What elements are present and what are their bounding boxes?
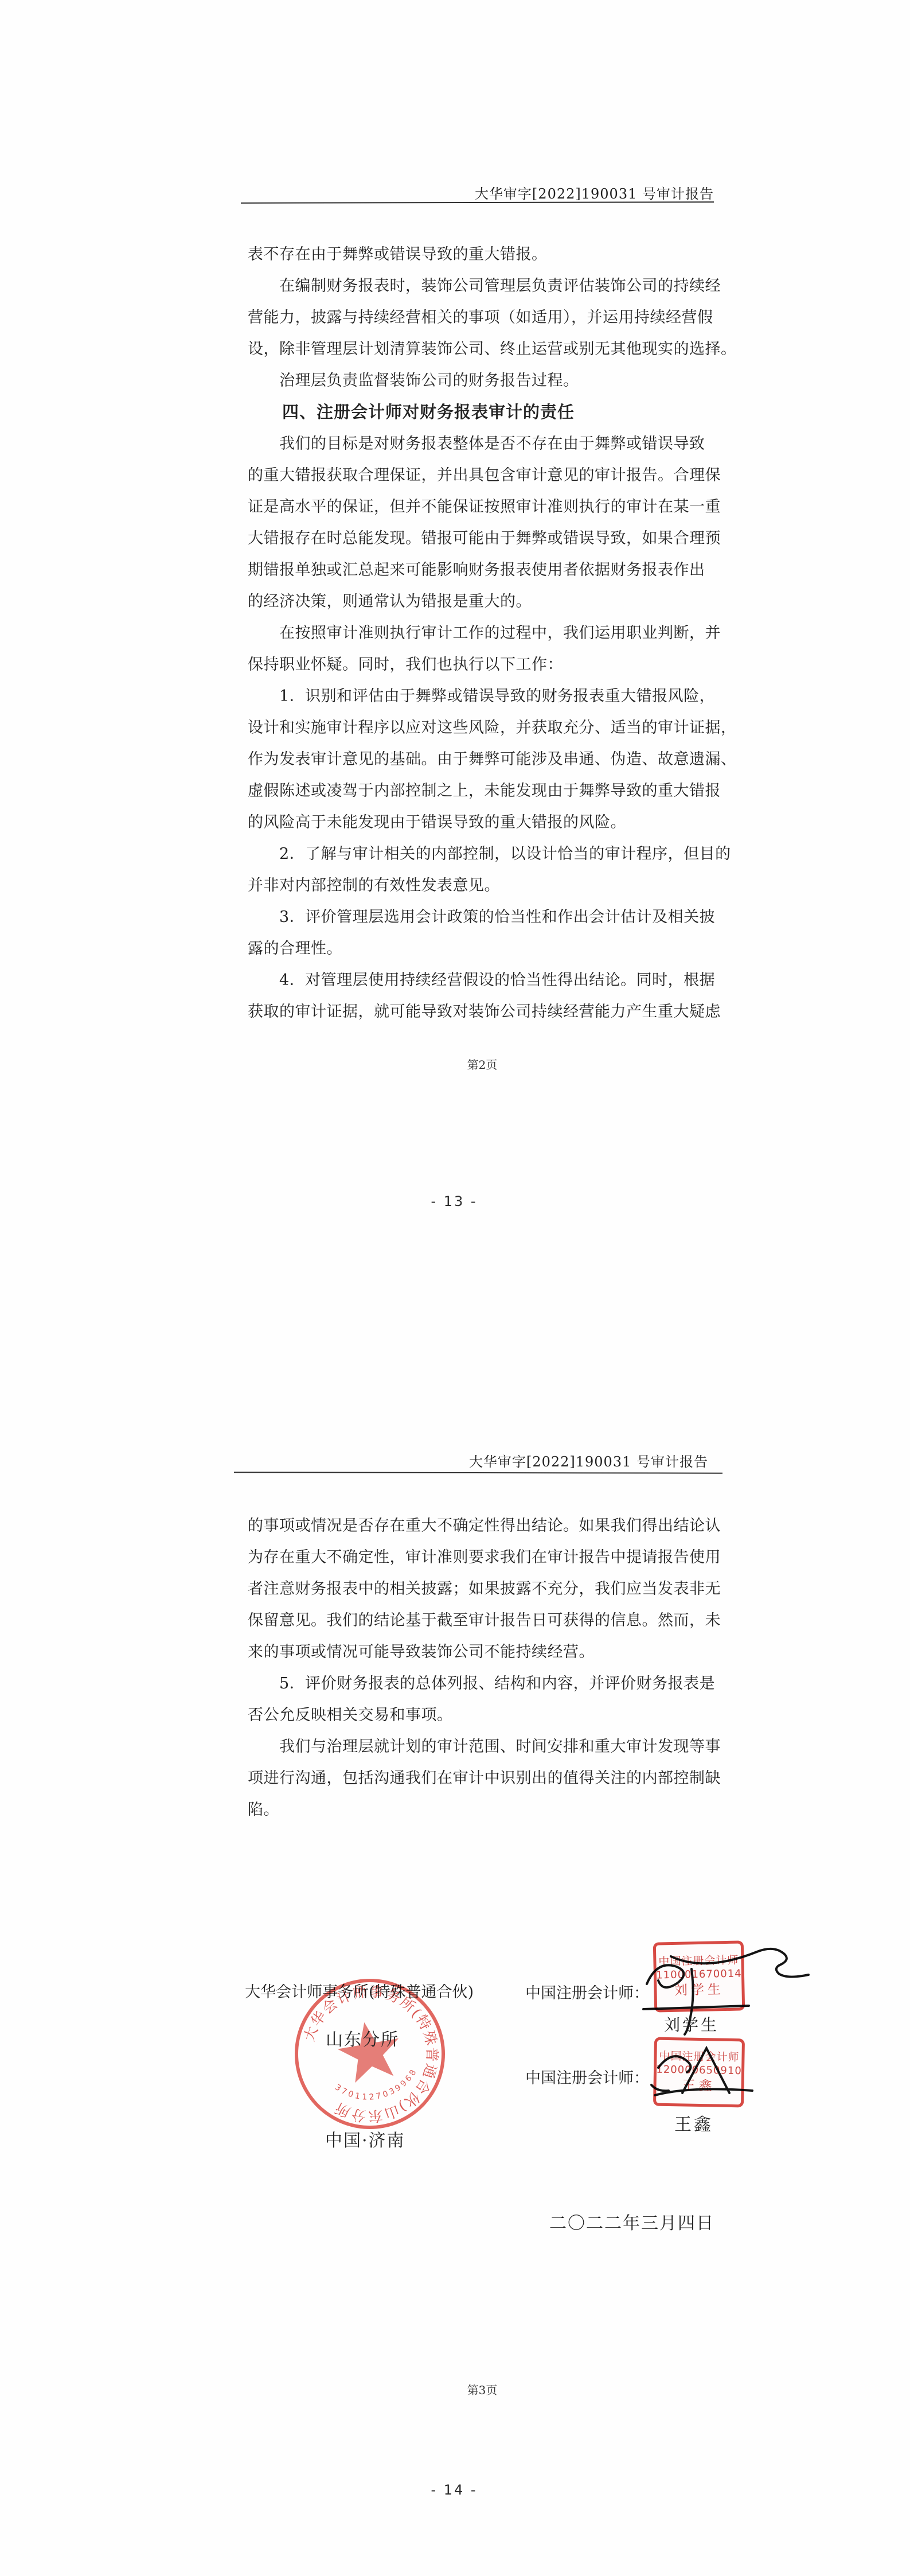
text-line: 期错报单独或汇总起来可能影响财务报表使用者依据财务报表作出 bbox=[248, 554, 724, 586]
text-line: 在按照审计准则执行审计工作的过程中，我们运用职业判断，并 bbox=[248, 617, 724, 649]
page1-header-docnumber: 大华审字[2022]190031 号审计报告 bbox=[475, 182, 714, 203]
page1-page-number: - 13 - bbox=[401, 1193, 507, 1209]
scanned-audit-report: 大华审字[2022]190031 号审计报告 表不存在由于舞弊或错误导致的重大错… bbox=[0, 0, 910, 2576]
text-line: 设计和实施审计程序以应对这些风险，并获取充分、适当的审计证据， bbox=[248, 712, 724, 744]
page2-body: 的事项或情况是否存在重大不确定性得出结论。如果我们得出结论认 为存在重大不确定性… bbox=[248, 1510, 724, 1826]
text-line: 保留意见。我们的结论基于截至审计报告日可获得的信息。然而，未 bbox=[248, 1605, 724, 1636]
text-line: 设，除非管理层计划清算装饰公司、终止运营或别无其他现实的选择。 bbox=[248, 333, 724, 365]
text-line: 营能力，披露与持续经营相关的事项（如适用），并运用持续经营假 bbox=[248, 302, 724, 333]
signature-wang-xin bbox=[642, 2036, 768, 2110]
text-line: 3．评价管理层选用会计政策的恰当性和作出会计估计及相关披 bbox=[248, 901, 724, 933]
page2-page-number: - 14 - bbox=[401, 2482, 507, 2498]
text-line: 表不存在由于舞弊或错误导致的重大错报。 bbox=[248, 239, 724, 270]
text-line: 否公允反映相关交易和事项。 bbox=[248, 1699, 724, 1731]
text-line: 治理层负责监督装饰公司的财务报告过程。 bbox=[248, 365, 724, 396]
page2-doc-footer: 第3页 bbox=[248, 2381, 717, 2398]
cpa-name-2: 王鑫 bbox=[674, 2110, 713, 2135]
cpa-label-1: 中国注册会计师： bbox=[525, 1980, 649, 2003]
text-line: 陷。 bbox=[248, 1794, 724, 1826]
firm-round-stamp: 大华会计师事务所(特殊普通合伙)山东分所 3701127039968 bbox=[277, 1961, 463, 2147]
page1-doc-footer: 第2页 bbox=[248, 1056, 717, 1072]
page1-body: 表不存在由于舞弊或错误导致的重大错报。 在编制财务报表时，装饰公司管理层负责评估… bbox=[248, 239, 724, 1028]
text-line: 1．识别和评估由于舞弊或错误导致的财务报表重大错报风险， bbox=[248, 680, 724, 712]
branch-name: 山东分所 bbox=[326, 2025, 399, 2050]
page2-header-rule bbox=[234, 1472, 722, 1473]
text-line: 项进行沟通，包括沟通我们在审计中识别出的值得关注的内部控制缺 bbox=[248, 1762, 724, 1794]
text-line: 者注意财务报表中的相关披露；如果披露不充分，我们应当发表非无 bbox=[248, 1573, 724, 1605]
text-line: 作为发表审计意见的基础。由于舞弊可能涉及串通、伪造、故意遗漏、 bbox=[248, 744, 724, 775]
text-line: 的风险高于未能发现由于错误导致的重大错报的风险。 bbox=[248, 807, 724, 838]
text-line: 4．对管理层使用持续经营假设的恰当性得出结论。同时，根据 bbox=[248, 964, 724, 996]
text-line: 2．了解与审计相关的内部控制，以设计恰当的审计程序，但目的 bbox=[248, 838, 724, 870]
text-line: 保持职业怀疑。同时，我们也执行以下工作： bbox=[248, 649, 724, 680]
page1-header-rule bbox=[241, 201, 714, 204]
page2-header-docnumber: 大华审字[2022]190031 号审计报告 bbox=[469, 1450, 708, 1470]
text-line: 露的合理性。 bbox=[248, 933, 724, 964]
text-line: 获取的审计证据，就可能导致对装饰公司持续经营能力产生重大疑虑 bbox=[248, 996, 724, 1028]
text-line: 的重大错报获取合理保证，并出具包含审计意见的审计报告。合理保 bbox=[248, 460, 724, 491]
text-line: 虚假陈述或凌驾于内部控制之上，未能发现由于舞弊导致的重大错报 bbox=[248, 775, 724, 807]
text-line: 在编制财务报表时，装饰公司管理层负责评估装饰公司的持续经 bbox=[248, 270, 724, 302]
text-line: 我们与治理层就计划的审计范围、时间安排和重大审计发现等事 bbox=[248, 1731, 724, 1762]
section-heading: 四、注册会计师对财务报表审计的责任 bbox=[248, 396, 724, 428]
cpa-name-1: 刘学生 bbox=[664, 2013, 719, 2036]
text-line: 来的事项或情况可能导致装饰公司不能持续经营。 bbox=[248, 1636, 724, 1668]
firm-location: 中国·济南 bbox=[325, 2126, 405, 2151]
cpa-label-2: 中国注册会计师： bbox=[525, 2065, 649, 2088]
text-line: 的经济决策，则通常认为错报是重大的。 bbox=[248, 586, 724, 617]
text-line: 证是高水平的保证，但并不能保证按照审计准则执行的审计在某一重 bbox=[248, 491, 724, 523]
text-line: 为存在重大不确定性，审计准则要求我们在审计报告中提请报告使用 bbox=[248, 1542, 724, 1573]
text-line: 并非对内部控制的有效性发表意见。 bbox=[248, 870, 724, 901]
text-line: 大错报存在时总能发现。错报可能由于舞弊或错误导致，如果合理预 bbox=[248, 523, 724, 554]
report-date: 二〇二二年三月四日 bbox=[549, 2209, 714, 2234]
text-line: 我们的目标是对财务报表整体是否不存在由于舞弊或错误导致 bbox=[248, 428, 724, 460]
text-line: 的事项或情况是否存在重大不确定性得出结论。如果我们得出结论认 bbox=[248, 1510, 724, 1542]
text-line: 5．评价财务报表的总体列报、结构和内容，并评价财务报表是 bbox=[248, 1668, 724, 1699]
